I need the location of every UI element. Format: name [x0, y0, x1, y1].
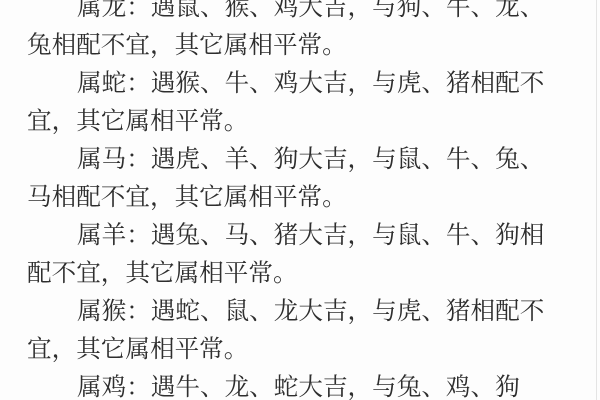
paragraph-horse: 属马：遇虎、羊、狗大吉，与鼠、牛、兔、 马相配不宜，其它属相平常。 [27, 140, 552, 216]
zodiac-compatibility-text: 属龙：遇鼠、猴、鸡大吉，与狗、牛、龙、 兔相配不宜，其它属相平常。 属蛇：遇猴、… [27, 0, 552, 400]
text-line: 配不宜，其它属相平常。 [27, 254, 552, 292]
text-line: 属马：遇虎、羊、狗大吉，与鼠、牛、兔、 [27, 140, 552, 178]
document-page: 属龙：遇鼠、猴、鸡大吉，与狗、牛、龙、 兔相配不宜，其它属相平常。 属蛇：遇猴、… [0, 0, 600, 400]
paragraph-snake: 属蛇：遇猴、牛、鸡大吉，与虎、猪相配不 宜，其它属相平常。 [27, 64, 552, 140]
paragraph-rooster: 属鸡：遇牛、龙、蛇大吉，与兔、鸡、狗 [27, 368, 552, 400]
text-line: 属蛇：遇猴、牛、鸡大吉，与虎、猪相配不 [27, 64, 552, 102]
text-line: 属龙：遇鼠、猴、鸡大吉，与狗、牛、龙、 [27, 0, 552, 26]
text-line: 宜，其它属相平常。 [27, 330, 552, 368]
text-line: 宜，其它属相平常。 [27, 102, 552, 140]
text-line: 马相配不宜，其它属相平常。 [27, 178, 552, 216]
text-line: 属羊：遇兔、马、猪大吉，与鼠、牛、狗相 [27, 216, 552, 254]
paragraph-dragon: 属龙：遇鼠、猴、鸡大吉，与狗、牛、龙、 兔相配不宜，其它属相平常。 [27, 0, 552, 64]
text-line: 属猴：遇蛇、鼠、龙大吉，与虎、猪相配不 [27, 292, 552, 330]
paragraph-monkey: 属猴：遇蛇、鼠、龙大吉，与虎、猪相配不 宜，其它属相平常。 [27, 292, 552, 368]
paragraph-goat: 属羊：遇兔、马、猪大吉，与鼠、牛、狗相 配不宜，其它属相平常。 [27, 216, 552, 292]
text-line: 属鸡：遇牛、龙、蛇大吉，与兔、鸡、狗 [27, 368, 552, 400]
page-edge-divider [596, 0, 597, 400]
text-line: 兔相配不宜，其它属相平常。 [27, 26, 552, 64]
